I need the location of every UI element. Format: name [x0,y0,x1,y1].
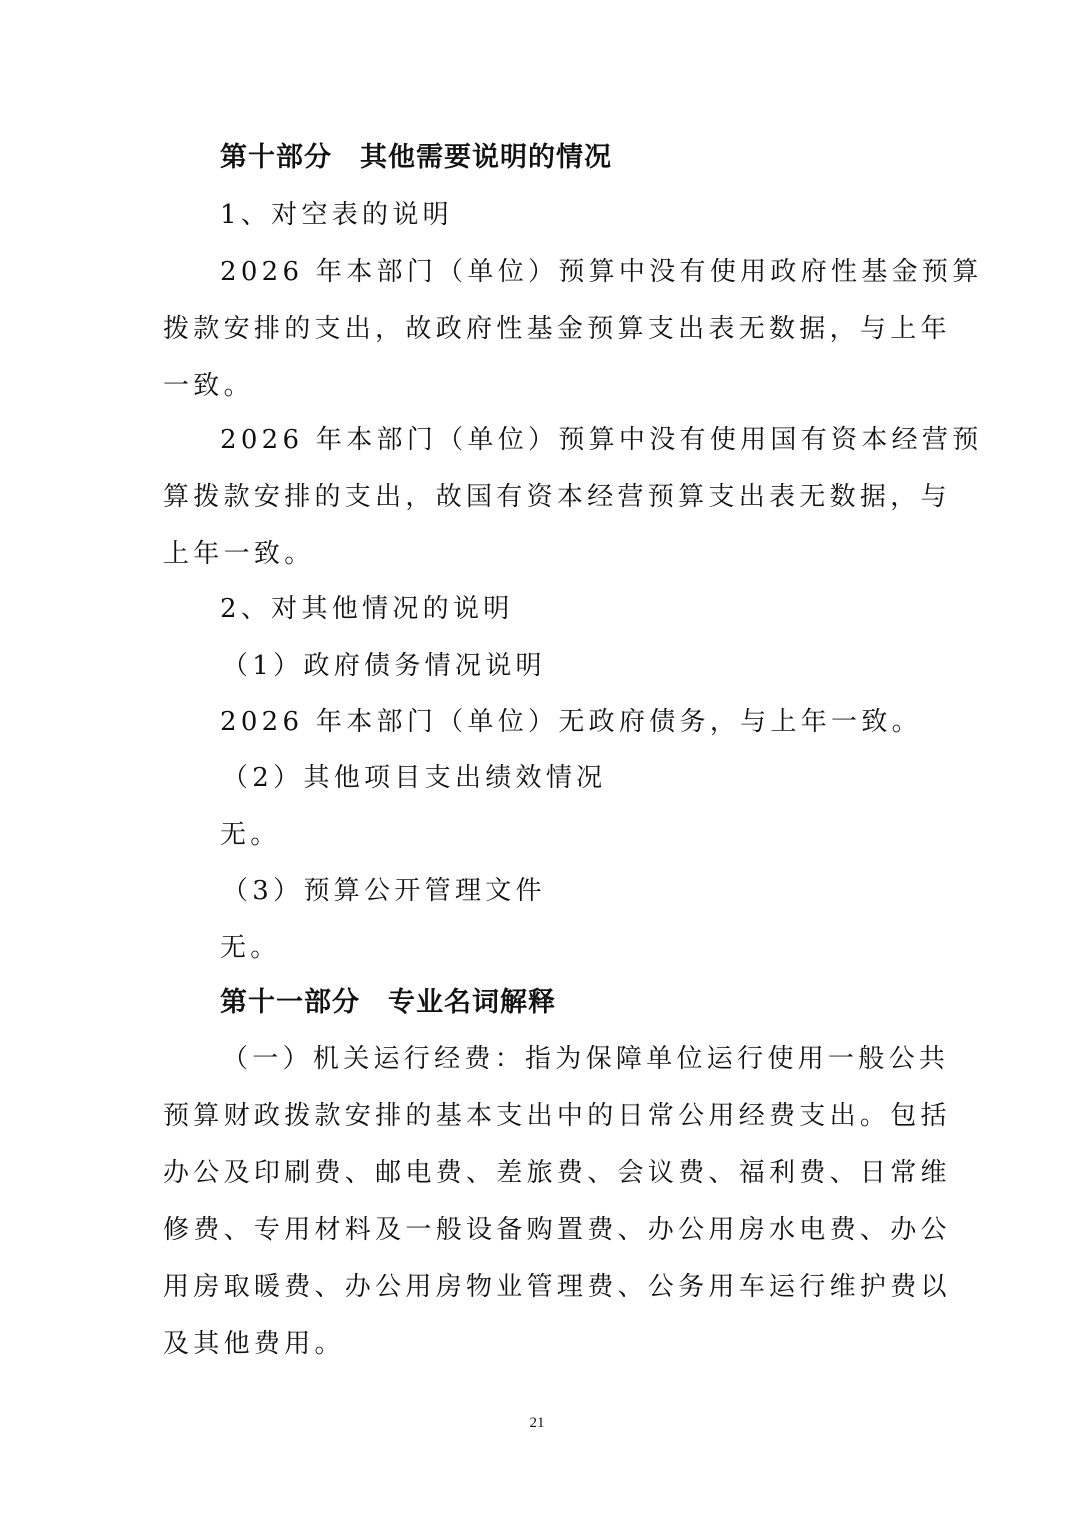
text-line: 2026 年本部门（单位）预算中没有使用政府性基金预算 [220,256,983,288]
text-line: 拨款安排的支出，故政府性基金预算支出表无数据，与上年 [163,313,951,345]
text-line: 及其他费用。 [163,1328,345,1360]
text-line: 上年一致。 [163,538,315,570]
section-heading: 第十一部分 专业名词解释 [220,987,556,1019]
text-line: （1）政府债务情况说明 [222,650,546,682]
text-line: 修费、专用材料及一般设备购置费、办公用房水电费、办公 [163,1214,951,1246]
text-line: 2026 年本部门（单位）预算中没有使用国有资本经营预 [220,424,983,456]
text-line: 无。 [220,819,281,851]
text-line: （2）其他项目支出绩效情况 [222,762,606,794]
text-line: 办公及印刷费、邮电费、差旅费、会议费、福利费、日常维 [163,1157,951,1189]
text-line: 2、对其他情况的说明 [220,593,514,625]
page-number: 21 [0,1415,1074,1432]
text-line: （一）机关运行经费：指为保障单位运行使用一般公共 [222,1043,949,1075]
text-line: 算拨款安排的支出，故国有资本经营预算支出表无数据，与 [163,481,951,513]
text-line: 一致。 [163,370,254,402]
text-line: （3）预算公开管理文件 [222,875,546,907]
text-line: 1、对空表的说明 [220,199,453,231]
text-line: 预算财政拨款安排的基本支出中的日常公用经费支出。包括 [163,1100,951,1132]
section-heading: 第十部分 其他需要说明的情况 [220,142,612,174]
text-line: 2026 年本部门（单位）无政府债务，与上年一致。 [220,706,922,738]
text-line: 用房取暖费、办公用房物业管理费、公务用车运行维护费以 [163,1271,951,1303]
text-line: 无。 [220,932,281,964]
